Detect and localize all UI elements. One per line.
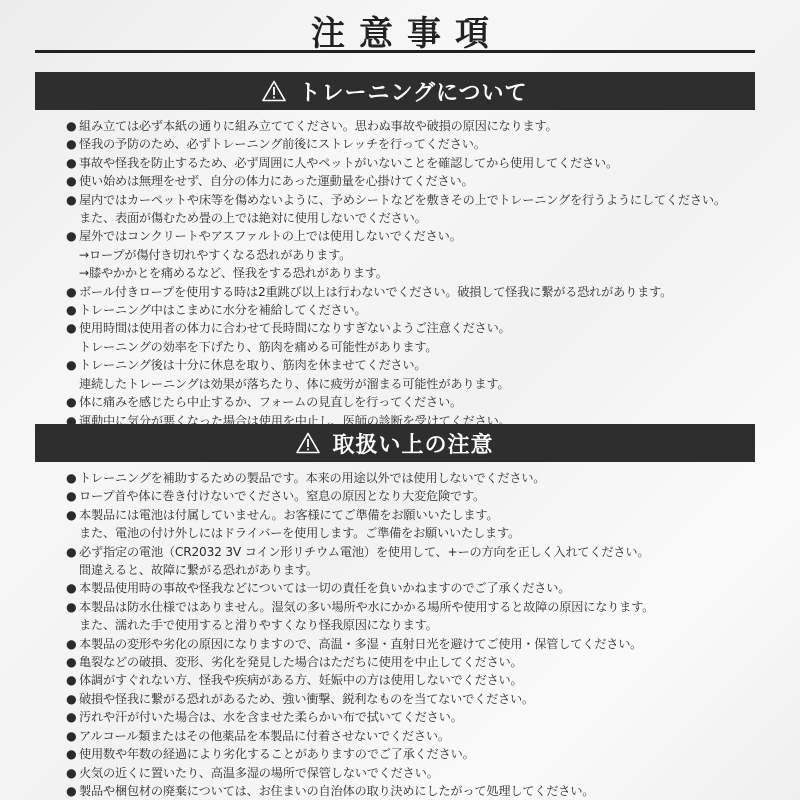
list-item: ●トレーニング中はこまめに水分を補給してください。 — [66, 301, 766, 319]
bullet-icon: ● — [66, 690, 79, 708]
list-item-text: 製品や梱包材の廃棄については、お住まいの自治体の取り決めにしたがって処理してくだ… — [79, 784, 594, 798]
list-item: ●トレーニング後は十分に休息を取り、筋肉を休ませてください。連続したトレーニング… — [66, 356, 766, 393]
list-item-text: 汚れや汗が付いた場合は、水を含ませた柔らかい布で拭いてください。 — [79, 710, 463, 724]
warning-icon — [262, 80, 286, 102]
list-item: ●屋内ではカーペットや床等を傷めないように、予めシートなどを敷きその上でトレーニ… — [66, 191, 766, 228]
list-item: ●火気の近くに置いたり、高温多湿の場所で保管しないでください。 — [66, 764, 766, 782]
list-item-text: 本製品使用時の事故や怪我などについては一切の責任を負いかねますのでご了承ください… — [79, 581, 570, 595]
warning-icon — [296, 432, 320, 454]
bullet-icon: ● — [66, 191, 79, 209]
list-item-text: ロープ首や体に巻き付けないでください。窒息の原因となり大変危険です。 — [79, 489, 485, 503]
list-item-continuation: 間違えると、故障に繋がる恐れがあります。 — [66, 561, 766, 579]
list-item: ●事故や怪我を防止するため、必ず周囲に人やペットがいないことを確認してから使用し… — [66, 154, 766, 172]
list-item-continuation: →膝やかかとを痛めるなど、怪我をする恐れがあります。 — [66, 264, 766, 282]
list-item: ●本製品には電池は付属していません。お客様にてご準備をお願いいたします。また、電… — [66, 506, 766, 543]
section-header-training: トレーニングについて — [35, 72, 755, 110]
section-title-handling: 取扱い上の注意 — [332, 428, 493, 459]
list-item: ●必ず指定の電池（CR2032 3V コイン形リチウム電池）を使用して、+ーの方… — [66, 543, 766, 580]
list-item-text: 破損や怪我に繋がる恐れがあるため、強い衝撃、鋭利なものを当てないでください。 — [79, 692, 534, 706]
training-notes-list: ●組み立ては必ず本紙の通りに組み立ててください。思わぬ事故や破損の原因になります… — [66, 117, 766, 430]
bullet-icon: ● — [66, 598, 79, 616]
bullet-icon: ● — [66, 543, 79, 561]
list-item: ●亀裂などの破損、変形、劣化を発見した場合はただちに使用を中止してください。 — [66, 653, 766, 671]
list-item-text: トレーニング後は十分に休息を取り、筋肉を休ませてください。 — [79, 358, 426, 372]
list-item: ●怪我の予防のため、必ずトレーニング前後にストレッチを行ってください。 — [66, 135, 766, 153]
list-item-text: 使い始めは無理をせず、自分の体力にあった運動量を心掛けてください。 — [79, 174, 474, 188]
list-item-text: ボール付きロープを使用する時は2重跳び以上は行わないでください。破損して怪我に繋… — [79, 285, 672, 299]
list-item-text: 体に痛みを感じたら中止するか、フォームの見直しを行ってください。 — [79, 395, 462, 409]
page-title: 注意事項 — [0, 6, 800, 55]
list-item-text: 事故や怪我を防止するため、必ず周囲に人やペットがいないことを確認してから使用して… — [79, 156, 618, 170]
bullet-icon: ● — [66, 782, 79, 800]
bullet-icon: ● — [66, 487, 79, 505]
list-item-text: 使用時間は使用者の体力に合わせて長時間になりすぎないようご注意ください。 — [79, 321, 511, 335]
list-item-continuation: トレーニングの効率を下げたり、筋肉を痛める可能性があります。 — [66, 338, 766, 356]
list-item: ●アルコール類またはその他薬品を本製品に付着させないでください。 — [66, 727, 766, 745]
list-item-text: 体調がすぐれない方、怪我や疾病がある方、妊娠中の方は使用しないでください。 — [79, 673, 523, 687]
list-item-continuation: 連続したトレーニングは効果が落ちたり、体に疲労が溜まる可能性があります。 — [66, 375, 766, 393]
bullet-icon: ● — [66, 283, 79, 301]
bullet-icon: ● — [66, 506, 79, 524]
bullet-icon: ● — [66, 301, 79, 319]
list-item: ●体に痛みを感じたら中止するか、フォームの見直しを行ってください。 — [66, 393, 766, 411]
bullet-icon: ● — [66, 653, 79, 671]
bullet-icon: ● — [66, 172, 79, 190]
list-item-text: トレーニングを補助するための製品です。本来の用途以外では使用しないでください。 — [79, 471, 545, 485]
bullet-icon: ● — [66, 319, 79, 337]
list-item: ●本製品は防水仕様ではありません。湿気の多い場所や水にかかる場所や使用すると故障… — [66, 598, 766, 635]
list-item: ●製品や梱包材の廃棄については、お住まいの自治体の取り決めにしたがって処理してく… — [66, 782, 766, 800]
list-item: ●体調がすぐれない方、怪我や疾病がある方、妊娠中の方は使用しないでください。 — [66, 671, 766, 689]
list-item: ●ボール付きロープを使用する時は2重跳び以上は行わないでください。破損して怪我に… — [66, 283, 766, 301]
bullet-icon: ● — [66, 135, 79, 153]
bullet-icon: ● — [66, 671, 79, 689]
bullet-icon: ● — [66, 579, 79, 597]
list-item: ●使い始めは無理をせず、自分の体力にあった運動量を心掛けてください。 — [66, 172, 766, 190]
list-item: ●ロープ首や体に巻き付けないでください。窒息の原因となり大変危険です。 — [66, 487, 766, 505]
section-header-handling: 取扱い上の注意 — [35, 424, 755, 462]
list-item-text: 必ず指定の電池（CR2032 3V コイン形リチウム電池）を使用して、+ーの方向… — [79, 545, 649, 559]
list-item-text: 本製品には電池は付属していません。お客様にてご準備をお願いいたします。 — [79, 508, 498, 522]
bullet-icon: ● — [66, 745, 79, 763]
list-item: ●破損や怪我に繋がる恐れがあるため、強い衝撃、鋭利なものを当てないでください。 — [66, 690, 766, 708]
bullet-icon: ● — [66, 635, 79, 653]
list-item-continuation: また、電池の付け外しにはドライバーを使用します。ご準備をお願いいたします。 — [66, 524, 766, 542]
list-item: ●本製品使用時の事故や怪我などについては一切の責任を負いかねますのでご了承くださ… — [66, 579, 766, 597]
bullet-icon: ● — [66, 227, 79, 245]
list-item-continuation: また、濡れた手で使用すると滑りやすくなり怪我原因になります。 — [66, 616, 766, 634]
list-item-continuation: また、表面が傷むため畳の上では絶対に使用しないでください。 — [66, 209, 766, 227]
list-item-text: 屋内ではカーペットや床等を傷めないように、予めシートなどを敷きその上でトレーニン… — [79, 193, 726, 207]
bullet-icon: ● — [66, 469, 79, 487]
list-item-text: 組み立ては必ず本紙の通りに組み立ててください。思わぬ事故や破損の原因になります。 — [79, 119, 558, 133]
list-item: ●屋外ではコンクリートやアスファルトの上では使用しないでください。→ロープが傷付… — [66, 227, 766, 282]
title-divider — [35, 50, 755, 53]
bullet-icon: ● — [66, 727, 79, 745]
bullet-icon: ● — [66, 764, 79, 782]
list-item: ●使用時間は使用者の体力に合わせて長時間になりすぎないようご注意ください。トレー… — [66, 319, 766, 356]
list-item-text: トレーニング中はこまめに水分を補給してください。 — [79, 303, 366, 317]
list-item-text: 怪我の予防のため、必ずトレーニング前後にストレッチを行ってください。 — [79, 137, 486, 151]
bullet-icon: ● — [66, 708, 79, 726]
list-item: ●汚れや汗が付いた場合は、水を含ませた柔らかい布で拭いてください。 — [66, 708, 766, 726]
list-item-text: 火気の近くに置いたり、高温多湿の場所で保管しないでください。 — [79, 766, 439, 780]
list-item: ●組み立ては必ず本紙の通りに組み立ててください。思わぬ事故や破損の原因になります… — [66, 117, 766, 135]
bullet-icon: ● — [66, 154, 79, 172]
bullet-icon: ● — [66, 356, 79, 374]
list-item: ●本製品の変形や劣化の原因になりますので、高温・多湿・直射日光を避けてご使用・保… — [66, 635, 766, 653]
section-title-training: トレーニングについて — [298, 76, 527, 107]
list-item-text: アルコール類またはその他薬品を本製品に付着させないでください。 — [79, 729, 450, 743]
list-item-text: 屋外ではコンクリートやアスファルトの上では使用しないでください。 — [79, 229, 462, 243]
list-item-text: 本製品は防水仕様ではありません。湿気の多い場所や水にかかる場所や使用すると故障の… — [79, 600, 654, 614]
bullet-icon: ● — [66, 117, 79, 135]
list-item: ●使用数や年数の経過により劣化することがありますのでご了承ください。 — [66, 745, 766, 763]
list-item: ●トレーニングを補助するための製品です。本来の用途以外では使用しないでください。 — [66, 469, 766, 487]
bullet-icon: ● — [66, 393, 79, 411]
list-item-text: 使用数や年数の経過により劣化することがありますのでご了承ください。 — [79, 747, 475, 761]
list-item-continuation: →ロープが傷付き切れやすくなる恐れがあります。 — [66, 246, 766, 264]
list-item-text: 本製品の変形や劣化の原因になりますので、高温・多湿・直射日光を避けてご使用・保管… — [79, 637, 642, 651]
handling-notes-list: ●トレーニングを補助するための製品です。本来の用途以外では使用しないでください。… — [66, 469, 766, 800]
list-item-text: 亀裂などの破損、変形、劣化を発見した場合はただちに使用を中止してください。 — [79, 655, 523, 669]
